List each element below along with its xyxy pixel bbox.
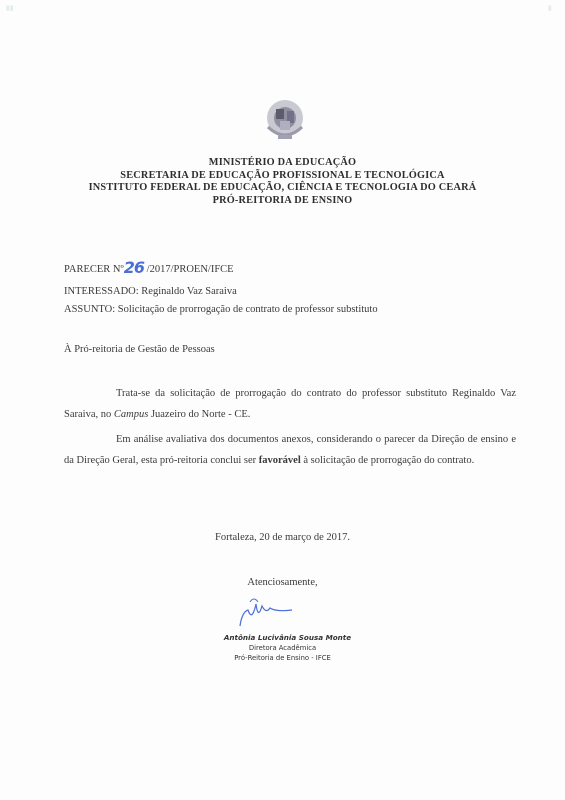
signatory-name: Antônia Lucivânia Sousa Monte <box>0 633 565 642</box>
interessado-line: INTERESSADO: Reginaldo Vaz Saraiva <box>64 286 237 297</box>
signature-scribble-icon <box>232 592 302 632</box>
brasao-republica-icon <box>262 97 308 145</box>
recipient: À Pró-reitoria de Gestão de Pessoas <box>64 344 215 355</box>
scan-artifact: ▮ <box>548 4 552 12</box>
handwritten-number: 26 <box>124 258 144 277</box>
paragraph-decision: Em análise avaliativa dos documentos ane… <box>64 430 516 471</box>
parecer-number-line: PARECER Nº26 /2017/PROEN/IFCE <box>64 257 234 276</box>
interessado-value: Reginaldo Vaz Saraiva <box>141 286 236 297</box>
assunto-value: Solicitação de prorrogação de contrato d… <box>118 304 378 315</box>
handwritten-signature <box>232 592 302 632</box>
assunto-label: ASSUNTO: <box>64 304 115 315</box>
interessado-label: INTERESSADO: <box>64 286 139 297</box>
signatory-unit: Pró-Reitoria de Ensino - IFCE <box>0 654 565 662</box>
decision-favorable: favorável <box>259 455 301 466</box>
signature-block: Antônia Lucivânia Sousa Monte Diretora A… <box>0 633 565 662</box>
paragraph-request: Trata-se da solicitação de prorrogação d… <box>64 384 516 425</box>
signatory-role: Diretora Acadêmica <box>0 644 565 652</box>
parecer-suffix: /2017/PROEN/IFCE <box>147 264 234 275</box>
coat-of-arms-emblem <box>262 97 308 145</box>
header-line-proreitoria: PRÓ-REITORIA DE ENSINO <box>0 195 565 208</box>
parecer-prefix: PARECER Nº <box>64 264 124 275</box>
paragraph-text: Juazeiro do Norte - CE. <box>148 409 250 420</box>
scan-artifact: ▮▮ <box>6 4 14 12</box>
institution-header: MINISTÉRIO DA EDUCAÇÃO SECRETARIA DE EDU… <box>0 157 565 207</box>
assunto-line: ASSUNTO: Solicitação de prorrogação de c… <box>64 304 378 315</box>
date-line: Fortaleza, 20 de março de 2017. <box>0 532 565 543</box>
paragraph-text: à solicitação de prorrogação do contrato… <box>301 455 474 466</box>
campus-italic: Campus <box>114 409 148 420</box>
header-line-institute: INSTITUTO FEDERAL DE EDUCAÇÃO, CIÊNCIA E… <box>0 182 565 195</box>
header-line-secretariat: SECRETARIA DE EDUCAÇÃO PROFISSIONAL E TE… <box>0 170 565 183</box>
closing-salutation: Atenciosamente, <box>0 577 565 588</box>
header-line-ministry: MINISTÉRIO DA EDUCAÇÃO <box>0 157 565 170</box>
